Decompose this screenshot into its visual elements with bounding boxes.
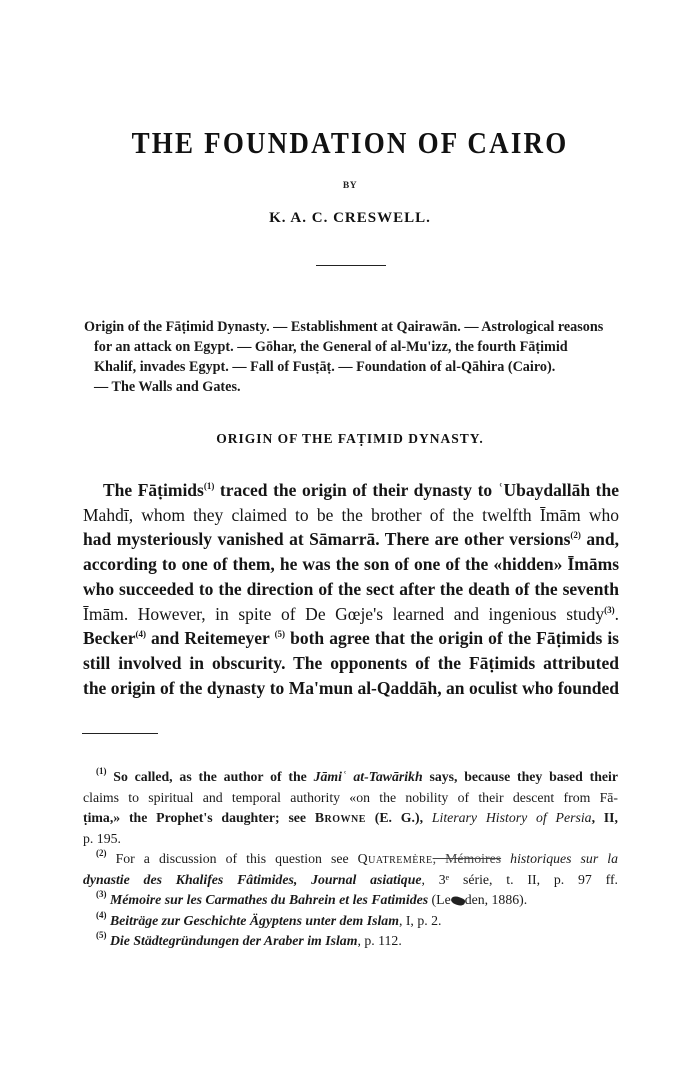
footnote-line: ṭima,» the Prophet's daughter; see Brown… [83,808,618,829]
text-run: (E. G.), [366,810,432,825]
text-run: and Reitemeyer [146,628,275,648]
author-name: Browne [315,810,366,825]
footnote-2: (2) For a discussion of this question se… [83,849,618,870]
footnote-marker: (5) [96,930,107,940]
book-title: Die Städtegründungen der Araber im Islam [110,933,358,948]
footnote-line: claims to spiritual and temporal authori… [83,788,618,809]
body-line: Mahdī, whom they claimed to be the broth… [83,503,619,528]
text-run: , p. 112. [357,933,401,948]
body-line: who succeeded to the direction of the se… [83,577,619,602]
ink-blot [450,895,466,907]
footnote-marker: (4) [96,910,107,920]
book-title: historiques sur la [501,851,618,866]
footnote-4: (4) Beiträge zur Geschichte Ägyptens unt… [83,911,618,932]
footnote-5: (5) Die Städtegründungen der Araber im I… [83,931,618,952]
synopsis-line: — The Walls and Gates. [84,377,620,397]
body-line: Īmām. However, in spite of De Gœje's lea… [83,602,619,627]
footnote-marker: (1) [96,766,107,776]
body-line: had mysteriously vanished at Sāmarrā. Th… [83,527,619,552]
body-line: The Fāṭimids(1) traced the origin of the… [83,478,619,503]
footnote-1: (1) So called, as the author of the Jāmi… [83,767,618,788]
book-title: Beiträge zur Geschichte Ägyptens unter d… [110,913,399,928]
document-page: THE FOUNDATION OF CAIRO BY K. A. C. CRES… [0,0,700,1082]
text-run: both agree that the origin of the Fāṭimi… [285,628,619,648]
text-run: den, 1886). [465,892,527,907]
article-title: THE FOUNDATION OF CAIRO [0,126,700,161]
text-run: Becker [83,628,135,648]
text-run: , 3ᵉ série, t. II, p. 97 ff. [422,872,619,887]
text-run: and, [581,529,619,549]
text-run: , II, [592,810,618,825]
body-line: according to one of them, he was the son… [83,552,619,577]
title-divider [316,265,386,266]
footnote-line: dynastie des Khalifes Fâtimides, Journal… [83,870,618,891]
synopsis-line: for an attack on Egypt. — Gōhar, the Gen… [84,337,620,357]
footnotes: (1) So called, as the author of the Jāmi… [83,767,618,952]
text-run: ṭima,» the Prophet's daughter; see [83,810,315,825]
text-run: had mysteriously vanished at Sāmarrā. Th… [83,529,570,549]
synopsis-line: Origin of the Fāṭimid Dynasty. — Establi… [84,317,620,337]
text-run: Īmām. However, in spite of De Gœje's lea… [83,604,604,624]
byline-label: BY [0,181,700,191]
footnote-3: (3) Mémoire sur les Carmathes du Bahrein… [83,890,618,911]
book-title: Mémoire sur les Carmathes du Bahrein et … [110,892,428,907]
book-title: Literary History of Persia [432,810,592,825]
footnote-ref[interactable]: (3) [604,605,615,615]
footnote-ref[interactable]: (5) [275,629,286,639]
synopsis-line: Khalif, invades Egypt. — Fall of Fusṭāṭ.… [84,357,620,377]
footnote-ref[interactable]: (2) [570,530,581,540]
footnote-marker: (3) [96,889,107,899]
author-name: K. A. C. CRESWELL. [0,210,700,227]
chapter-synopsis: Origin of the Fāṭimid Dynasty. — Establi… [84,317,620,397]
text-run: So called, as the author of the [107,769,314,784]
text-run: The Fāṭimids [103,480,204,500]
text-run: , I, p. 2. [399,913,442,928]
author-name: Quatremère [358,851,433,866]
text-run: For a discussion of this question see [107,851,358,866]
footnote-line: p. 195. [83,829,618,850]
struck-text: , Mémoires [433,851,501,866]
footnote-ref[interactable]: (1) [204,481,215,491]
book-title: dynastie des Khalifes Fâtimides, Journal… [83,872,422,887]
text-run: says, because they based their [423,769,618,784]
footnote-ref[interactable]: (4) [135,629,146,639]
text-run: (Le [428,892,451,907]
footnote-marker: (2) [96,848,107,858]
text-run: . [615,604,619,624]
text-run: traced the origin of their dynasty to ʿU… [214,480,619,500]
book-title: Jāmiʿ at-Tawārikh [314,769,423,784]
footnote-divider [82,733,158,734]
body-paragraph: The Fāṭimids(1) traced the origin of the… [83,478,619,700]
body-line: Becker(4) and Reitemeyer (5) both agree … [83,626,619,651]
section-heading: ORIGIN OF THE FAṬIMID DYNASTY. [0,431,700,447]
body-line: the origin of the dynasty to Ma'mun al-Q… [83,676,619,701]
body-line: still involved in obscurity. The opponen… [83,651,619,676]
